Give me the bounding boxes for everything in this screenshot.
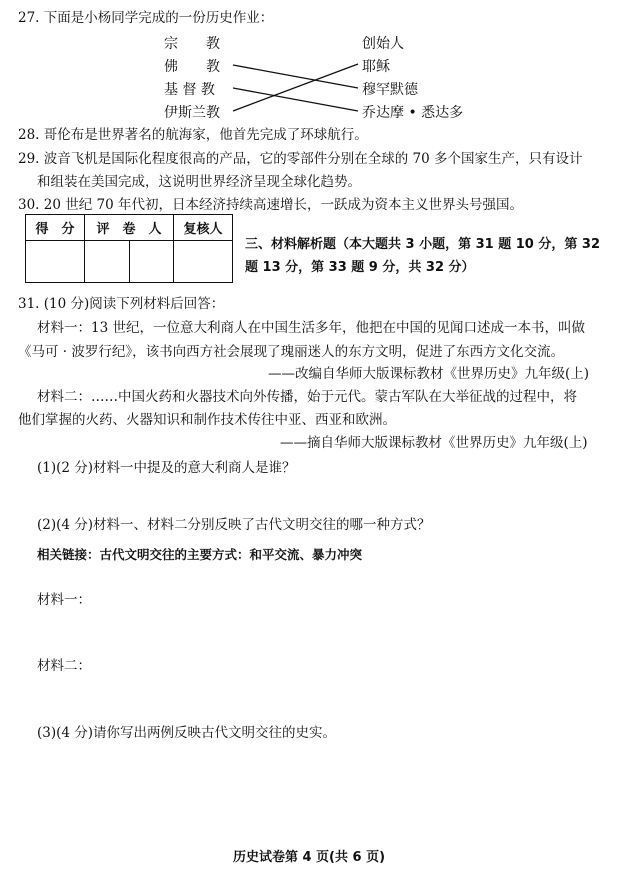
line-islam-jesus (233, 64, 358, 111)
material2-line1: 材料二：……中国火药和火器技术向外传播，始于元代。蒙古军队在大举征战的过程中，将 (37, 385, 577, 405)
related-link: 相关链接：古代文明交往的主要方式：和平交流、暴力冲突 (37, 545, 362, 563)
material1-line2: 《马可 · 波罗行纪》，该书向西方社会展现了瑰丽迷人的东方文明，促进了东西方文化… (18, 340, 564, 360)
page-footer: 历史试卷第 4 页(共 6 页) (0, 846, 618, 865)
sub-question-3: (3)(4 分)请你写出两例反映古代文明交往的史实。 (37, 721, 336, 741)
matching-lines (0, 0, 618, 130)
reviewer-cell[interactable] (174, 241, 233, 283)
grader-cell-1[interactable] (85, 241, 130, 283)
answer-label-material1: 材料一： (37, 588, 91, 608)
grader-header: 评 卷 人 (85, 215, 174, 241)
score-cell[interactable] (26, 241, 85, 283)
score-header: 得 分 (26, 215, 85, 241)
line-buddhism-muhammad (233, 65, 358, 88)
q28-text: 28. 哥伦布是世界著名的航海家，他首先完成了环球航行。 (18, 123, 368, 143)
material2-source: ——摘自华师大版课标教材《世界历史》九年级(上) (280, 431, 588, 451)
material2-line2: 他们掌握的火药、火器知识和制作技术传往中亚、西亚和欧洲。 (18, 408, 396, 428)
reviewer-header: 复核人 (174, 215, 233, 241)
material1-source: ——改编自华师大版课标教材《世界历史》九年级(上) (268, 362, 589, 382)
sub-question-1: (1)(2 分)材料一中提及的意大利商人是谁？ (37, 456, 296, 476)
q29-line2: 和组装在美国完成，这说明世界经济呈现全球化趋势。 (37, 170, 361, 190)
q30-text: 30. 20 世纪 70 年代初，日本经济持续高速增长，一跃成为资本主义世界头号… (18, 193, 523, 213)
grader-cell-2[interactable] (129, 241, 174, 283)
material1-line1: 材料一：13 世纪，一位意大利商人在中国生活多年，他把在中国的见闻口述成一本书，… (37, 316, 585, 336)
answer-label-material2: 材料二： (37, 654, 91, 674)
score-table: 得 分 评 卷 人 复核人 (25, 214, 233, 283)
line-christianity-gautama (233, 88, 358, 111)
section3-title-line2: 题 13 分，第 33 题 9 分，共 32 分） (245, 256, 475, 275)
section3-title-line1: 三、材料解析题（本大题共 3 小题，第 31 题 10 分，第 32 (245, 233, 600, 252)
q29-line1: 29. 波音飞机是国际化程度很高的产品，它的零部件分别在全球的 70 多个国家生… (18, 147, 583, 167)
q31-stem: 31. (10 分)阅读下列材料后回答： (18, 292, 224, 312)
sub-question-2: (2)(4 分)材料一、材料二分别反映了古代文明交往的哪一种方式？ (37, 513, 431, 533)
